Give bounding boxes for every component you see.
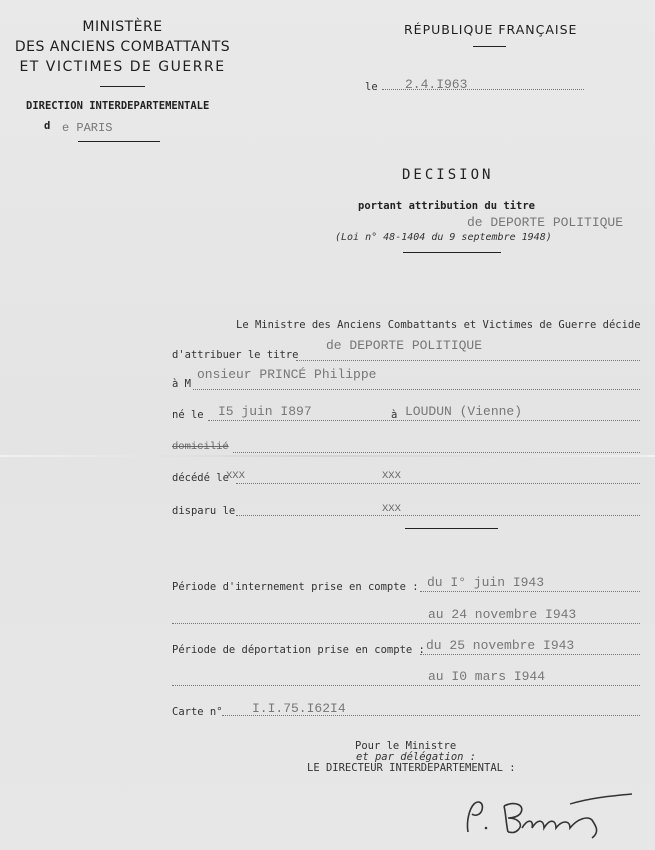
document-page: MINISTÈRE DES ANCIENS COMBATTANTS ET VIC… <box>0 0 655 850</box>
recipient-value: onsieur PRINCÉ Philippe <box>197 367 376 382</box>
date-line <box>382 89 584 90</box>
domicile-label-struck: domicilié <box>172 441 229 453</box>
decision-title: DECISION <box>402 167 493 183</box>
card-label: Carte n° <box>172 706 223 718</box>
body-rule <box>405 528 498 529</box>
attribute-value: de DEPORTE POLITIQUE <box>326 338 482 353</box>
direction-label: DIRECTION INTERDEPARTEMENTALE <box>26 100 209 112</box>
deportation-from-line <box>420 654 640 655</box>
internment-label: Période d'internement prise en compte : <box>172 581 419 593</box>
internment-from: du I° juin I943 <box>427 575 544 590</box>
deportation-to: au I0 mars I944 <box>428 669 545 684</box>
recipient-label: à M <box>172 378 191 390</box>
law-reference: (Loi n° 48-1404 du 9 septembre 1948) <box>335 232 552 243</box>
title-value: de DEPORTE POLITIQUE <box>467 215 623 230</box>
internment-to: au 24 novembre I943 <box>428 607 576 622</box>
internment-to-line <box>172 623 640 624</box>
date-label: le <box>365 81 378 93</box>
missing-label: disparu le <box>172 505 235 517</box>
republic-heading: RÉPUBLIQUE FRANÇAISE <box>404 22 577 37</box>
deceased-line <box>236 483 640 484</box>
missing-line <box>236 515 640 516</box>
deportation-label: Période de déportation prise en compte : <box>172 644 425 656</box>
deceased-place-strike: XXX <box>382 470 401 482</box>
direction-prefix: d <box>44 120 50 132</box>
deceased-label: décédé le <box>172 472 229 484</box>
recipient-line <box>193 389 640 390</box>
missing-place-strike: XXX <box>382 503 401 515</box>
intro-text: Le Ministre des Anciens Combattants et V… <box>236 319 641 331</box>
ministry-line-2: DES ANCIENS COMBATTANTS <box>0 38 245 57</box>
attribute-line <box>296 360 640 361</box>
decision-subtitle: portant attribution du titre <box>358 200 535 212</box>
handwritten-signature <box>460 790 640 845</box>
direction-underline <box>78 141 160 142</box>
born-label: né le <box>172 409 204 421</box>
card-line <box>222 715 640 716</box>
internment-from-line <box>420 591 640 592</box>
card-number: I.I.75.I62I4 <box>252 701 346 716</box>
deceased-strike: XXX <box>226 470 245 482</box>
ministry-line-3: ET VICTIMES DE GUERRE <box>0 58 245 77</box>
ministry-rule <box>100 86 145 87</box>
born-line <box>208 420 640 421</box>
signature-line-3: LE DIRECTEUR INTERDEPARTEMENTAL : <box>307 762 516 774</box>
born-date: I5 juin I897 <box>218 404 312 419</box>
paper-fold <box>0 455 655 457</box>
direction-city: e PARIS <box>62 121 112 135</box>
ministry-line-1: MINISTÈRE <box>0 18 245 37</box>
title-rule <box>403 252 501 253</box>
deportation-to-line <box>172 685 640 686</box>
republic-rule <box>473 46 506 47</box>
attribute-label: d'attribuer le titre <box>172 349 298 361</box>
deportation-from: du 25 novembre I943 <box>426 638 574 653</box>
domicile-line <box>233 452 640 453</box>
born-place: LOUDUN (Vienne) <box>405 404 522 419</box>
